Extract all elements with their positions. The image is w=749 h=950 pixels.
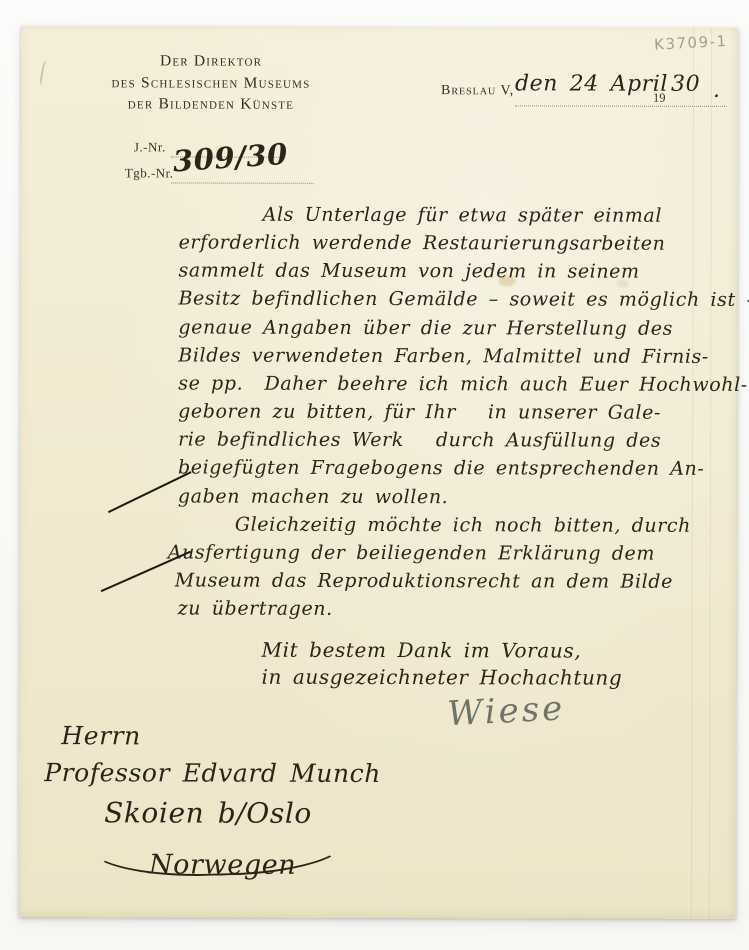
- body-line: Bildes verwendeten Farben, Malmittel und…: [178, 344, 709, 367]
- dateline-place: Breslau V,: [441, 83, 514, 99]
- body-line: Besitz befindlichen Gemälde – soweit es …: [178, 287, 749, 311]
- jnr-label: J.-Nr.: [134, 139, 166, 155]
- closing-line2: in ausgezeichneter Hochachtung: [261, 665, 622, 690]
- body-line: sammelt das Museum von jedem in seinem: [178, 259, 639, 282]
- tgb-label: Tgb.-Nr.: [125, 165, 174, 181]
- paper-fold-line: [709, 28, 712, 919]
- letterhead-line1: Der Direktor: [61, 50, 361, 72]
- dateline-handwritten-date: den 24 April: [515, 71, 668, 96]
- dateline-period: .: [713, 78, 721, 103]
- catalog-annotation: K3709-1: [654, 32, 728, 54]
- signature: Wiese: [446, 688, 566, 734]
- letter-paper: K3709-1 Der Direktor des Schlesischen Mu…: [19, 26, 738, 919]
- letterhead: Der Direktor des Schlesischen Museums de…: [61, 50, 361, 115]
- recipient-name: Professor Edvard Munch: [44, 758, 381, 788]
- body-line: zu übertragen.: [178, 597, 333, 619]
- body-line: Gleichzeitig möchte ich noch bitten, dur…: [235, 514, 691, 537]
- body-line: Ausfertigung der beiliegenden Erklärung …: [168, 541, 655, 564]
- body-line: rie befindliches Werk durch Ausfüllung d…: [178, 428, 661, 451]
- body-line: geboren zu bitten, für Ihr in unserer Ga…: [178, 400, 661, 423]
- dateline-handwritten-year: 30: [671, 72, 700, 97]
- body-line: se pp. Daher beehre ich mich auch Euer H…: [178, 372, 748, 395]
- body-line: genaue Angaben über die zur Herstellung …: [178, 316, 673, 339]
- body-line: Museum das Reproduktionsrecht an dem Bil…: [175, 569, 673, 592]
- body-line: erforderlich werdende Restaurierungsarbe…: [179, 231, 666, 254]
- closing-line1: Mit bestem Dank im Voraus,: [262, 638, 582, 663]
- body-line: Als Unterlage für etwa später einmal: [263, 204, 662, 227]
- body-line: beigefügten Fragebogens die entsprechend…: [178, 456, 704, 479]
- letterhead-line2: des Schlesischen Museums: [61, 72, 361, 94]
- letterhead-line3: der Bildenden Künste: [61, 93, 361, 115]
- body-line: gaben machen zu wollen.: [178, 485, 448, 508]
- dateline-printed-year: 19: [653, 91, 666, 106]
- dateline-rule: [515, 105, 727, 107]
- recipient-country: Norwegen: [149, 849, 296, 880]
- recipient-salutation: Herrn: [61, 721, 141, 750]
- scan-background: K3709-1 Der Direktor des Schlesischen Mu…: [0, 0, 749, 950]
- pencil-scratch-mark: [39, 60, 49, 87]
- tgb-number-value: 309/30: [172, 137, 289, 179]
- tgb-rule: [171, 182, 314, 183]
